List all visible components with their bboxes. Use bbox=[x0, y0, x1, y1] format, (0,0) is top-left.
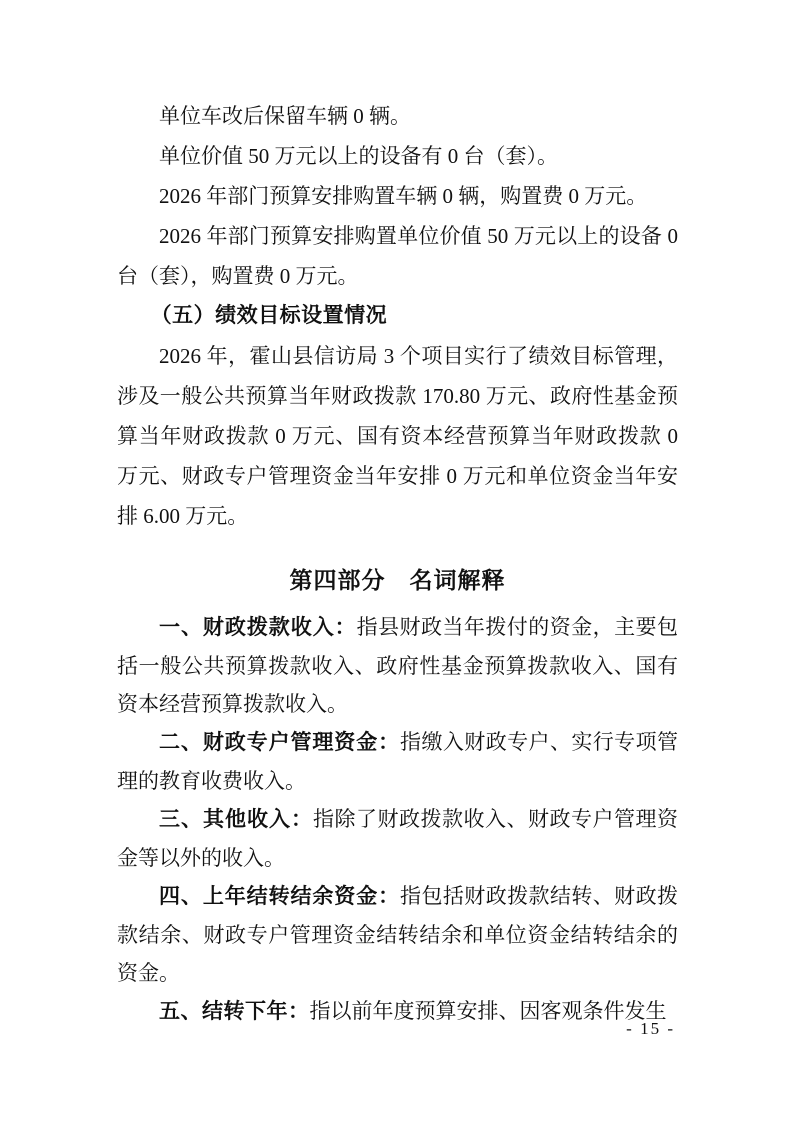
page-number: - 15 - bbox=[626, 1019, 675, 1039]
paragraph-retained-vehicles: 单位车改后保留车辆 0 辆。 bbox=[117, 96, 678, 136]
page-content: 单位车改后保留车辆 0 辆。 单位价值 50 万元以上的设备有 0 台（套）。 … bbox=[117, 96, 678, 1031]
paragraph-performance-targets: 2026 年，霍山县信访局 3 个项目实行了绩效目标管理，涉及一般公共预算当年财… bbox=[117, 336, 678, 536]
heading-performance-targets: （五）绩效目标设置情况 bbox=[117, 296, 678, 336]
definition-carryover-surplus-funds: 四、上年结转结余资金：指包括财政拨款结转、财政拨款结余、财政专户管理资金结转结余… bbox=[117, 877, 678, 992]
definition-other-income: 三、其他收入：指除了财政拨款收入、财政专户管理资金等以外的收入。 bbox=[117, 800, 678, 877]
paragraph-equipment-over-500k: 单位价值 50 万元以上的设备有 0 台（套）。 bbox=[117, 136, 678, 176]
definition-term: 一、财政拨款收入： bbox=[159, 616, 357, 639]
definition-text: 指以前年度预算安排、因客观条件发生 bbox=[310, 999, 667, 1023]
definition-term: 二、财政专户管理资金： bbox=[159, 731, 400, 754]
paragraph-2026-vehicle-purchase: 2026 年部门预算安排购置车辆 0 辆，购置费 0 万元。 bbox=[117, 176, 678, 216]
definition-carryover-to-next-year: 五、结转下年：指以前年度预算安排、因客观条件发生 bbox=[117, 992, 678, 1031]
definition-term: 五、结转下年： bbox=[159, 1000, 310, 1023]
definition-term: 四、上年结转结余资金： bbox=[159, 885, 400, 908]
part4-title: 第四部分 名词解释 bbox=[117, 558, 678, 602]
definition-special-account-funds: 二、财政专户管理资金：指缴入财政专户、实行专项管理的教育收费收入。 bbox=[117, 723, 678, 800]
document-page: 单位车改后保留车辆 0 辆。 单位价值 50 万元以上的设备有 0 台（套）。 … bbox=[0, 0, 793, 1122]
paragraph-2026-equipment-purchase: 2026 年部门预算安排购置单位价值 50 万元以上的设备 0 台（套），购置费… bbox=[117, 216, 678, 296]
definition-fiscal-appropriation-income: 一、财政拨款收入：指县财政当年拨付的资金，主要包括一般公共预算拨款收入、政府性基… bbox=[117, 608, 678, 723]
definition-term: 三、其他收入： bbox=[159, 808, 313, 831]
